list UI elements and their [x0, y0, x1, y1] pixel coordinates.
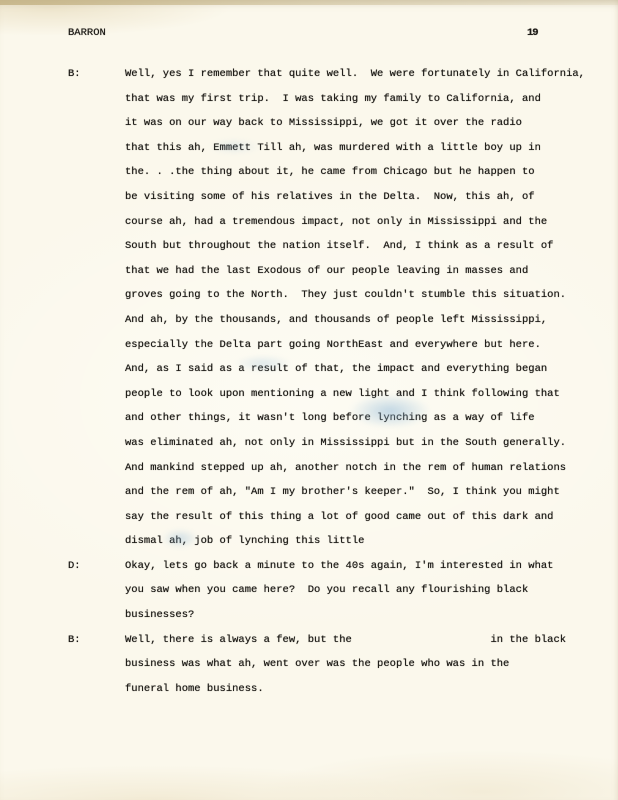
transcript-line: and the rem of ah, "Am I my brother's ke…: [125, 480, 592, 505]
speech-lines: Well, there is always a few, but the in …: [125, 628, 592, 702]
transcript-line: was eliminated ah, not only in Mississip…: [125, 431, 592, 456]
speech-lines: Well, yes I remember that quite well. We…: [125, 62, 592, 554]
document-page: BARRON 19 B:Well, yes I remember that qu…: [0, 0, 618, 800]
transcript-line: dismal ah, job of lynching this little: [125, 529, 592, 554]
transcript-line: especially the Delta part going NorthEas…: [125, 333, 592, 358]
transcript-line: And, as I said as a result of that, the …: [125, 357, 592, 382]
transcript-line: be visiting some of his relatives in the…: [125, 185, 592, 210]
transcript-line: it was on our way back to Mississippi, w…: [125, 111, 592, 136]
transcript-line: funeral home business.: [125, 677, 592, 702]
transcript-line: Well, there is always a few, but the in …: [125, 628, 592, 653]
page-number: 19: [527, 26, 538, 40]
transcript-line: that this ah, Emmett Till ah, was murder…: [125, 136, 592, 161]
speaker-label: B:: [68, 628, 125, 653]
transcript-line: groves going to the North. They just cou…: [125, 283, 592, 308]
transcript-line: And mankind stepped up ah, another notch…: [125, 456, 592, 481]
transcript-line: Well, yes I remember that quite well. We…: [125, 62, 592, 87]
transcript-line: business was what ah, went over was the …: [125, 652, 592, 677]
transcript-line: say the result of this thing a lot of go…: [125, 505, 592, 530]
transcript-line: Okay, lets go back a minute to the 40s a…: [125, 554, 592, 579]
transcript: B:Well, yes I remember that quite well. …: [68, 62, 592, 701]
transcript-entry: D:Okay, lets go back a minute to the 40s…: [68, 554, 592, 628]
transcript-line: course ah, had a tremendous impact, not …: [125, 210, 592, 235]
transcript-line: South but throughout the nation itself. …: [125, 234, 592, 259]
transcript-line: that we had the last Exodous of our peop…: [125, 259, 592, 284]
speaker-label: B:: [68, 62, 125, 87]
transcript-entry: B:Well, there is always a few, but the i…: [68, 628, 592, 702]
transcript-line: businesses?: [125, 603, 592, 628]
header-name: BARRON: [68, 26, 106, 40]
transcript-line: you saw when you came here? Do you recal…: [125, 578, 592, 603]
transcript-line: that was my first trip. I was taking my …: [125, 87, 592, 112]
speaker-label: D:: [68, 554, 125, 579]
transcript-line: and other things, it wasn't long before …: [125, 406, 592, 431]
transcript-line: And ah, by the thousands, and thousands …: [125, 308, 592, 333]
speech-lines: Okay, lets go back a minute to the 40s a…: [125, 554, 592, 628]
transcript-line: people to look upon mentioning a new lig…: [125, 382, 592, 407]
transcript-entry: B:Well, yes I remember that quite well. …: [68, 62, 592, 554]
transcript-line: the. . .the thing about it, he came from…: [125, 160, 592, 185]
